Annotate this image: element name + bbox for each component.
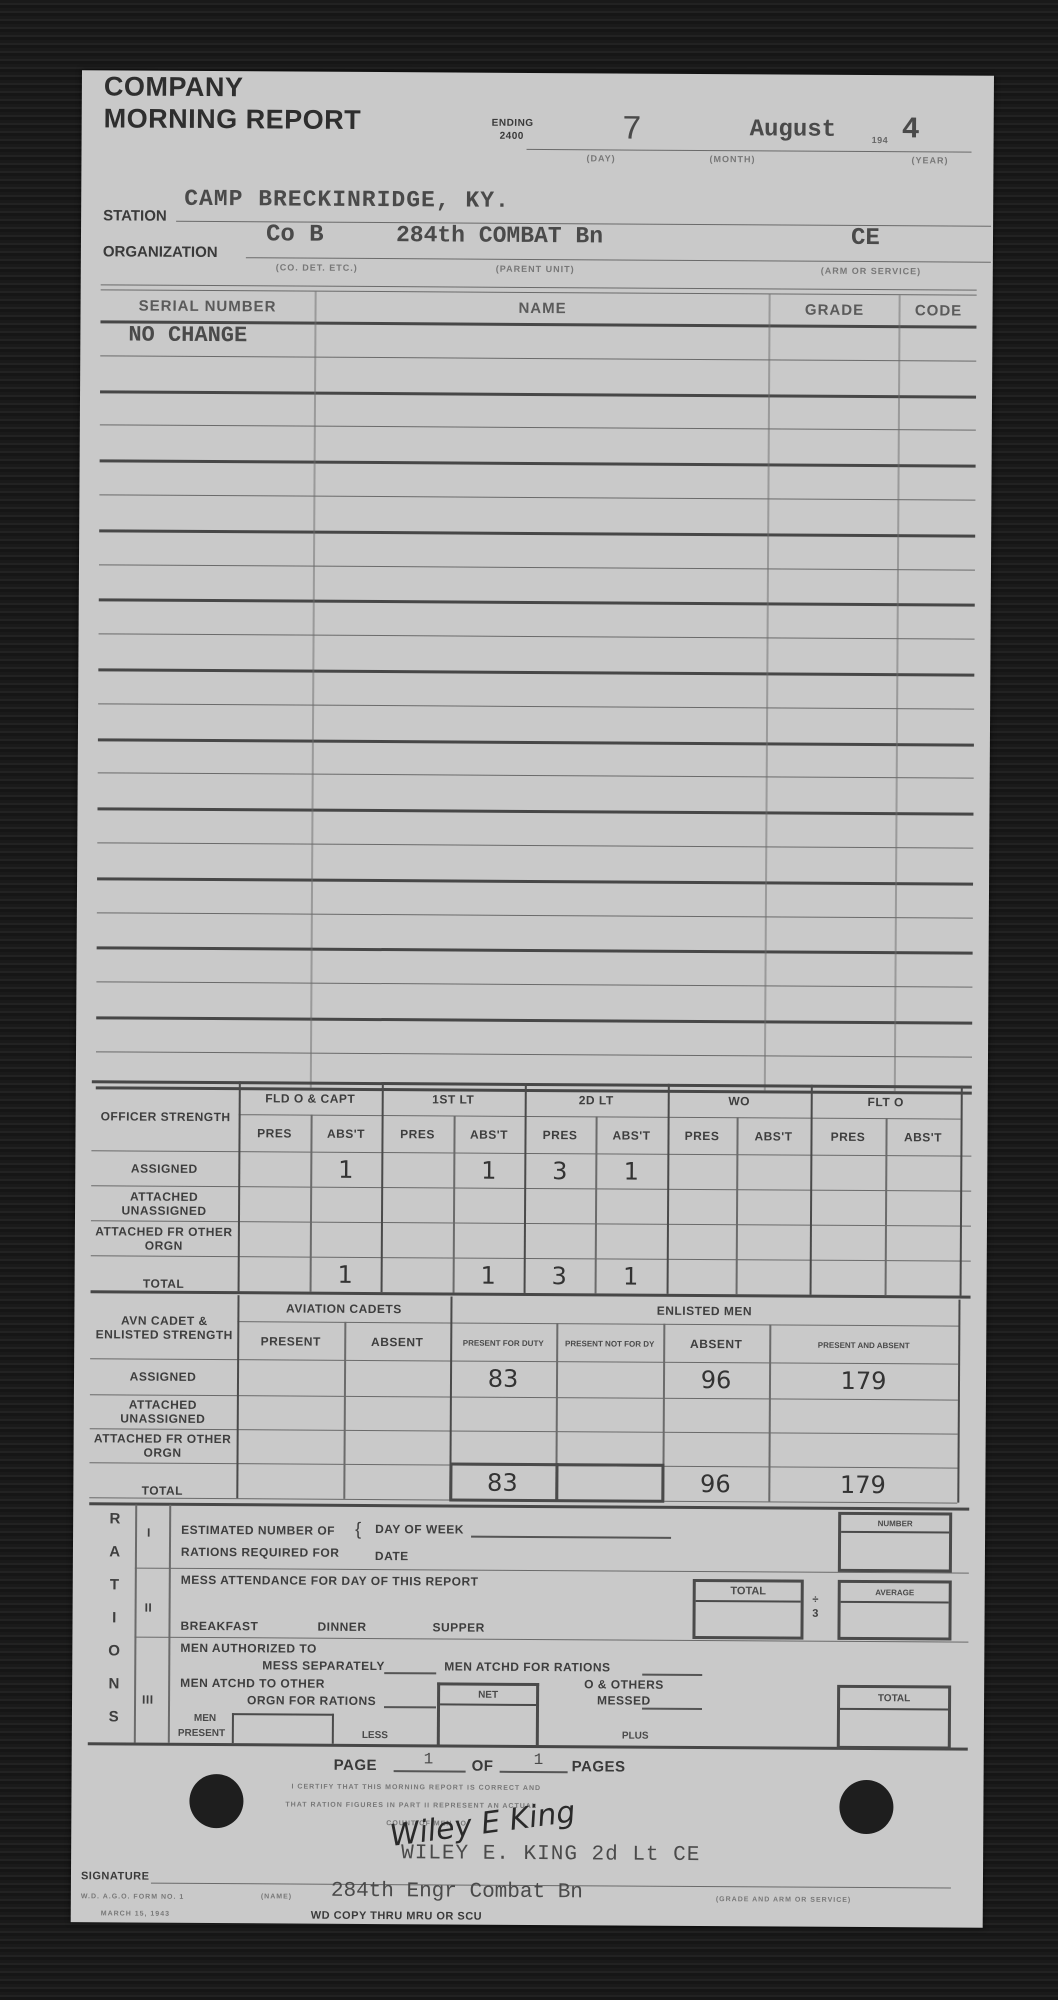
officer-cell[interactable] [885, 1260, 960, 1295]
officer-group-header: 2D LT [525, 1083, 668, 1117]
report-day: 7 [622, 112, 643, 150]
divide-by-three: ÷ 3 [808, 1593, 824, 1621]
officer-cell[interactable] [381, 1187, 453, 1222]
officer-cell[interactable] [667, 1259, 736, 1294]
officer-cell[interactable] [736, 1189, 810, 1224]
enlisted-strength-title: AVN CADET & ENLISTED STRENGTH [94, 1296, 234, 1359]
rations-side-letter: A [107, 1545, 123, 1559]
rations-side-letter: N [106, 1677, 122, 1691]
enlisted-cell[interactable] [449, 1430, 555, 1465]
roster-row[interactable] [314, 638, 764, 671]
enlisted-cell[interactable] [237, 1429, 344, 1464]
roster-row[interactable] [313, 812, 763, 845]
enlisted-cell[interactable] [556, 1361, 663, 1398]
breakfast-label: BREAKFAST [180, 1619, 258, 1633]
date-line [527, 149, 972, 153]
enlisted-row-label: ASSIGNED [92, 1358, 234, 1395]
men-atchd-other-label-1: MEN ATCHD TO OTHER [180, 1676, 325, 1691]
men-authorized-label-1: MEN AUTHORIZED TO [180, 1641, 317, 1656]
enlisted-subcol-header: PRESENT NOT FOR DY [556, 1325, 663, 1362]
officer-cell[interactable] [595, 1223, 667, 1258]
men-present-box[interactable] [232, 1713, 334, 1744]
est-rations-label-2: RATIONS REQUIRED FOR [181, 1545, 340, 1560]
o-others-field[interactable] [642, 1708, 702, 1710]
average-box[interactable]: AVERAGE [837, 1580, 951, 1641]
enlisted-cell[interactable]: 83 [450, 1360, 556, 1397]
enlisted-cell[interactable] [662, 1432, 768, 1467]
station-value: CAMP BRECKINRIDGE, KY. [184, 186, 510, 214]
roster-row[interactable] [315, 569, 765, 602]
officer-subcol-header: PRES [381, 1117, 453, 1151]
col-serial-number: SERIAL NUMBER [100, 290, 314, 321]
officer-cell[interactable] [310, 1222, 381, 1257]
o-others-label-1: O & OTHERS [584, 1677, 664, 1691]
organization-label: ORGANIZATION [103, 243, 218, 261]
officer-cell[interactable]: 1 [310, 1257, 381, 1292]
officer-cell[interactable]: 1 [453, 1258, 524, 1293]
rations-side-letter: S [106, 1710, 122, 1724]
officer-cell[interactable] [238, 1151, 310, 1186]
roster-row[interactable] [314, 708, 764, 741]
roster-row[interactable] [315, 464, 765, 497]
rations-side-letter: O [106, 1644, 122, 1658]
number-box[interactable]: NUMBER [838, 1512, 952, 1573]
enlisted-cell[interactable] [768, 1432, 957, 1467]
roster-row[interactable] [316, 395, 766, 428]
col-code: CODE [900, 295, 976, 325]
ending-label: ENDING [492, 118, 534, 129]
supper-label: SUPPER [432, 1620, 484, 1634]
form-date: MARCH 15, 1943 [101, 1910, 170, 1917]
enlisted-subcol-header: ABSENT [344, 1324, 450, 1361]
officer-cell[interactable] [667, 1189, 736, 1224]
enlisted-cell[interactable]: 179 [768, 1466, 957, 1502]
officer-row-label: ATTACHED UNASSIGNED [93, 1185, 235, 1221]
enlisted-cell[interactable] [663, 1398, 769, 1433]
roster-entry-no-change: NO CHANGE [128, 323, 247, 349]
roster-row[interactable] [313, 847, 763, 880]
officer-subcol-header: ABS'T [736, 1119, 810, 1153]
officer-cell[interactable] [885, 1155, 960, 1190]
enlisted-row-label: ATTACHED FR OTHER ORGN [92, 1428, 234, 1463]
ending-time-label: 2400 [500, 131, 524, 142]
mess-total-box[interactable]: TOTAL [692, 1579, 803, 1640]
men-atchd-other-label-2: ORGN FOR RATIONS [247, 1693, 376, 1708]
total-pages-line [500, 1771, 568, 1773]
report-year: 4 [902, 113, 920, 147]
date-label: DATE [375, 1549, 409, 1563]
total-pages: 1 [534, 1751, 544, 1769]
roster-row[interactable] [312, 986, 762, 1019]
morning-report-form: COMPANY MORNING REPORT ENDING 2400 7 (DA… [71, 70, 994, 1928]
officer-subcol-header: ABS'T [595, 1118, 667, 1152]
officer-row-label: TOTAL [93, 1255, 235, 1291]
net-box[interactable]: NET [437, 1682, 539, 1746]
enlisted-cell[interactable]: 96 [662, 1466, 768, 1502]
officer-cell[interactable]: 3 [524, 1258, 595, 1293]
enlisted-cell[interactable] [236, 1463, 343, 1499]
officer-cell[interactable] [810, 1260, 885, 1295]
officer-subcol-header: PRES [524, 1118, 595, 1152]
org-arm: CE [851, 225, 880, 252]
enlisted-subcol-header: PRESENT FOR DUTY [450, 1324, 556, 1361]
enlisted-cell[interactable] [237, 1395, 344, 1430]
col-grade: GRADE [770, 294, 898, 325]
officer-cell[interactable] [381, 1152, 453, 1187]
page-number-line [394, 1770, 466, 1772]
mess-attendance-label: MESS ATTENDANCE FOR DAY OF THIS REPORT [181, 1573, 479, 1589]
enlisted-cell[interactable] [344, 1396, 450, 1431]
enlisted-subcol-header: PRESENT AND ABSENT [769, 1326, 958, 1363]
officer-cell[interactable]: 1 [595, 1153, 667, 1188]
officer-cell[interactable]: 1 [310, 1152, 381, 1187]
officer-subcol-header: PRES [238, 1116, 310, 1150]
rations-divider-1 [134, 1505, 137, 1743]
total-present-box-divider [555, 1463, 558, 1500]
enlisted-cell[interactable] [556, 1397, 663, 1432]
enlisted-subcol-header: ABSENT [663, 1326, 769, 1363]
enlisted-cell[interactable] [237, 1359, 344, 1396]
men-present-label-1: MEN [194, 1713, 216, 1724]
roster-row[interactable] [312, 951, 762, 984]
officer-cell[interactable]: 1 [453, 1153, 524, 1188]
officer-cell[interactable] [667, 1154, 736, 1189]
officer-cell[interactable]: 3 [524, 1153, 595, 1188]
officer-cell[interactable] [238, 1221, 310, 1256]
officer-row-label: ASSIGNED [93, 1150, 235, 1186]
col-name: NAME [316, 292, 768, 325]
form-number: W.D. A.G.O. FORM NO. 1 [81, 1893, 184, 1901]
officer-cell[interactable] [810, 1225, 885, 1260]
officer-cell[interactable] [736, 1259, 810, 1294]
brace-glyph: { [355, 1522, 362, 1536]
page-label: PAGE [334, 1757, 378, 1774]
officer-subcol-header: ABS'T [453, 1118, 524, 1152]
wd-copy-note: WD COPY THRU MRU OR SCU [311, 1910, 482, 1923]
men-present-label-2: PRESENT [178, 1728, 225, 1739]
enlisted-cell[interactable]: 96 [663, 1362, 769, 1399]
section-ii-numeral: II [145, 1601, 153, 1615]
enlisted-men-header: ENLISTED MEN [450, 1296, 958, 1325]
enlisted-cell[interactable] [450, 1396, 556, 1431]
roster-row[interactable] [315, 534, 765, 567]
binder-hole-left [189, 1774, 243, 1828]
aviation-cadets-header: AVIATION CADETS [237, 1295, 450, 1322]
officer-cell[interactable] [453, 1188, 524, 1223]
day-of-week-field[interactable] [471, 1536, 671, 1539]
station-label: STATION [103, 207, 167, 224]
roster-col-divider [894, 295, 901, 1091]
officer-cell[interactable] [885, 1190, 960, 1225]
officer-cell[interactable] [524, 1188, 595, 1223]
roster-row[interactable] [316, 429, 766, 462]
roster-row[interactable] [314, 777, 764, 810]
plus-label: PLUS [622, 1731, 649, 1742]
certify-line-1: I CERTIFY THAT THIS MORNING REPORT IS CO… [292, 1784, 542, 1793]
org-company-caption: (CO. DET. ETC.) [276, 262, 358, 273]
section-i-numeral: I [147, 1526, 151, 1540]
year-caption: (YEAR) [911, 155, 948, 165]
enlisted-subcol-header: PRESENT [237, 1323, 344, 1360]
officer-row-label: ATTACHED FR OTHER ORGN [93, 1220, 235, 1256]
officer-strength-title: OFFICER STRENGTH [95, 1083, 235, 1150]
officer-cell[interactable] [736, 1154, 810, 1189]
officer-cell[interactable] [238, 1256, 310, 1291]
org-arm-caption: (ARM OR SERVICE) [821, 266, 921, 277]
roster-row[interactable] [313, 882, 763, 915]
day-of-week-label: DAY OF WEEK [375, 1522, 464, 1537]
officer-subcol-header: PRES [667, 1119, 736, 1153]
officer-group-header: FLT O [811, 1085, 961, 1119]
orgn-for-rations-field[interactable] [384, 1706, 436, 1708]
rations-total-box[interactable]: TOTAL [837, 1685, 951, 1750]
mess-separately-field[interactable] [384, 1672, 436, 1674]
enlisted-cell[interactable] [344, 1360, 450, 1397]
officer-subcol-header: ABS'T [885, 1120, 960, 1154]
year-prefix: 194 [872, 135, 889, 145]
enlisted-cell[interactable] [343, 1464, 449, 1500]
unit-typed: 284th Engr Combat Bn [331, 1880, 583, 1905]
roster-row[interactable] [316, 325, 766, 358]
number-box-label: NUMBER [841, 1515, 949, 1534]
binder-hole-right [839, 1780, 893, 1834]
form-title-line2: MORNING REPORT [104, 102, 362, 136]
roster-row[interactable] [313, 917, 763, 950]
pages-label: PAGES [572, 1758, 626, 1775]
officer-cell[interactable] [595, 1188, 667, 1223]
grade-caption: (GRADE AND ARM OR SERVICE) [716, 1896, 851, 1904]
officer-cell[interactable] [381, 1257, 453, 1292]
officer-subcol-header: PRES [810, 1120, 885, 1154]
rations-divider-2 [168, 1505, 171, 1743]
page-number: 1 [424, 1750, 434, 1768]
net-box-label: NET [440, 1685, 536, 1706]
org-parent-caption: (PARENT UNIT) [496, 264, 575, 274]
officer-group-header: WO [668, 1084, 811, 1118]
enlisted-cell[interactable]: 179 [769, 1362, 958, 1399]
roster-row[interactable] [315, 603, 765, 636]
roster-row[interactable] [314, 673, 764, 706]
rations-total-label: TOTAL [840, 1688, 948, 1711]
enlisted-cell[interactable] [555, 1431, 662, 1466]
rations-side-letter: R [107, 1512, 123, 1526]
rations-side-letter: I [107, 1611, 123, 1625]
less-label: LESS [362, 1730, 388, 1741]
enlisted-row-label: TOTAL [91, 1462, 233, 1498]
signer-name-grade: WILEY E. KING 2d Lt CE [401, 1842, 700, 1867]
report-month: August [750, 116, 837, 144]
officer-cell[interactable]: 1 [595, 1258, 667, 1293]
men-atchd-rations-label: MEN ATCHD FOR RATIONS [444, 1659, 610, 1674]
officer-cell[interactable] [453, 1223, 524, 1258]
enlisted-cell[interactable] [344, 1430, 450, 1465]
est-rations-label-1: ESTIMATED NUMBER OF [181, 1523, 335, 1538]
form-title-line1: COMPANY [104, 70, 244, 103]
roster-row[interactable] [315, 499, 765, 532]
officer-group-header: FLD O & CAPT [239, 1081, 382, 1115]
o-others-label-2: MESSED [597, 1693, 651, 1707]
rations-top-rule [89, 1502, 969, 1510]
men-atchd-rations-field[interactable] [642, 1674, 702, 1676]
officer-cell[interactable] [810, 1190, 885, 1225]
officer-cell[interactable] [238, 1186, 310, 1221]
mess-total-label: TOTAL [696, 1582, 801, 1603]
officer-cell[interactable] [667, 1224, 736, 1259]
org-parent-unit: 284th COMBAT Bn [396, 222, 603, 249]
roster-row[interactable] [316, 360, 766, 393]
officer-subcol-header: ABS'T [310, 1117, 381, 1151]
officer-cell[interactable] [310, 1187, 381, 1222]
average-box-label: AVERAGE [841, 1583, 949, 1604]
roster-row[interactable] [314, 743, 764, 776]
section-iii-numeral: III [142, 1693, 154, 1707]
men-authorized-label-2: MESS SEPARATELY [262, 1658, 385, 1673]
officer-group-header: 1ST LT [382, 1082, 525, 1116]
roster-row[interactable] [312, 1021, 762, 1054]
officer-cell[interactable] [524, 1223, 595, 1258]
org-company: Co B [266, 221, 324, 248]
day-caption: (DAY) [586, 153, 615, 163]
officer-cell[interactable] [885, 1225, 960, 1260]
officer-cell[interactable] [381, 1222, 453, 1257]
enlisted-row-label: ATTACHED UNASSIGNED [92, 1394, 234, 1429]
enlisted-cell[interactable] [769, 1398, 958, 1433]
officer-cell[interactable] [736, 1224, 810, 1259]
dinner-label: DINNER [317, 1620, 366, 1634]
signature-label: SIGNATURE [81, 1870, 150, 1882]
month-caption: (MONTH) [709, 154, 755, 164]
rations-side-letter: T [107, 1578, 123, 1592]
name-caption: (NAME) [261, 1893, 292, 1900]
of-label: OF [472, 1758, 494, 1775]
officer-cell[interactable] [810, 1155, 885, 1190]
